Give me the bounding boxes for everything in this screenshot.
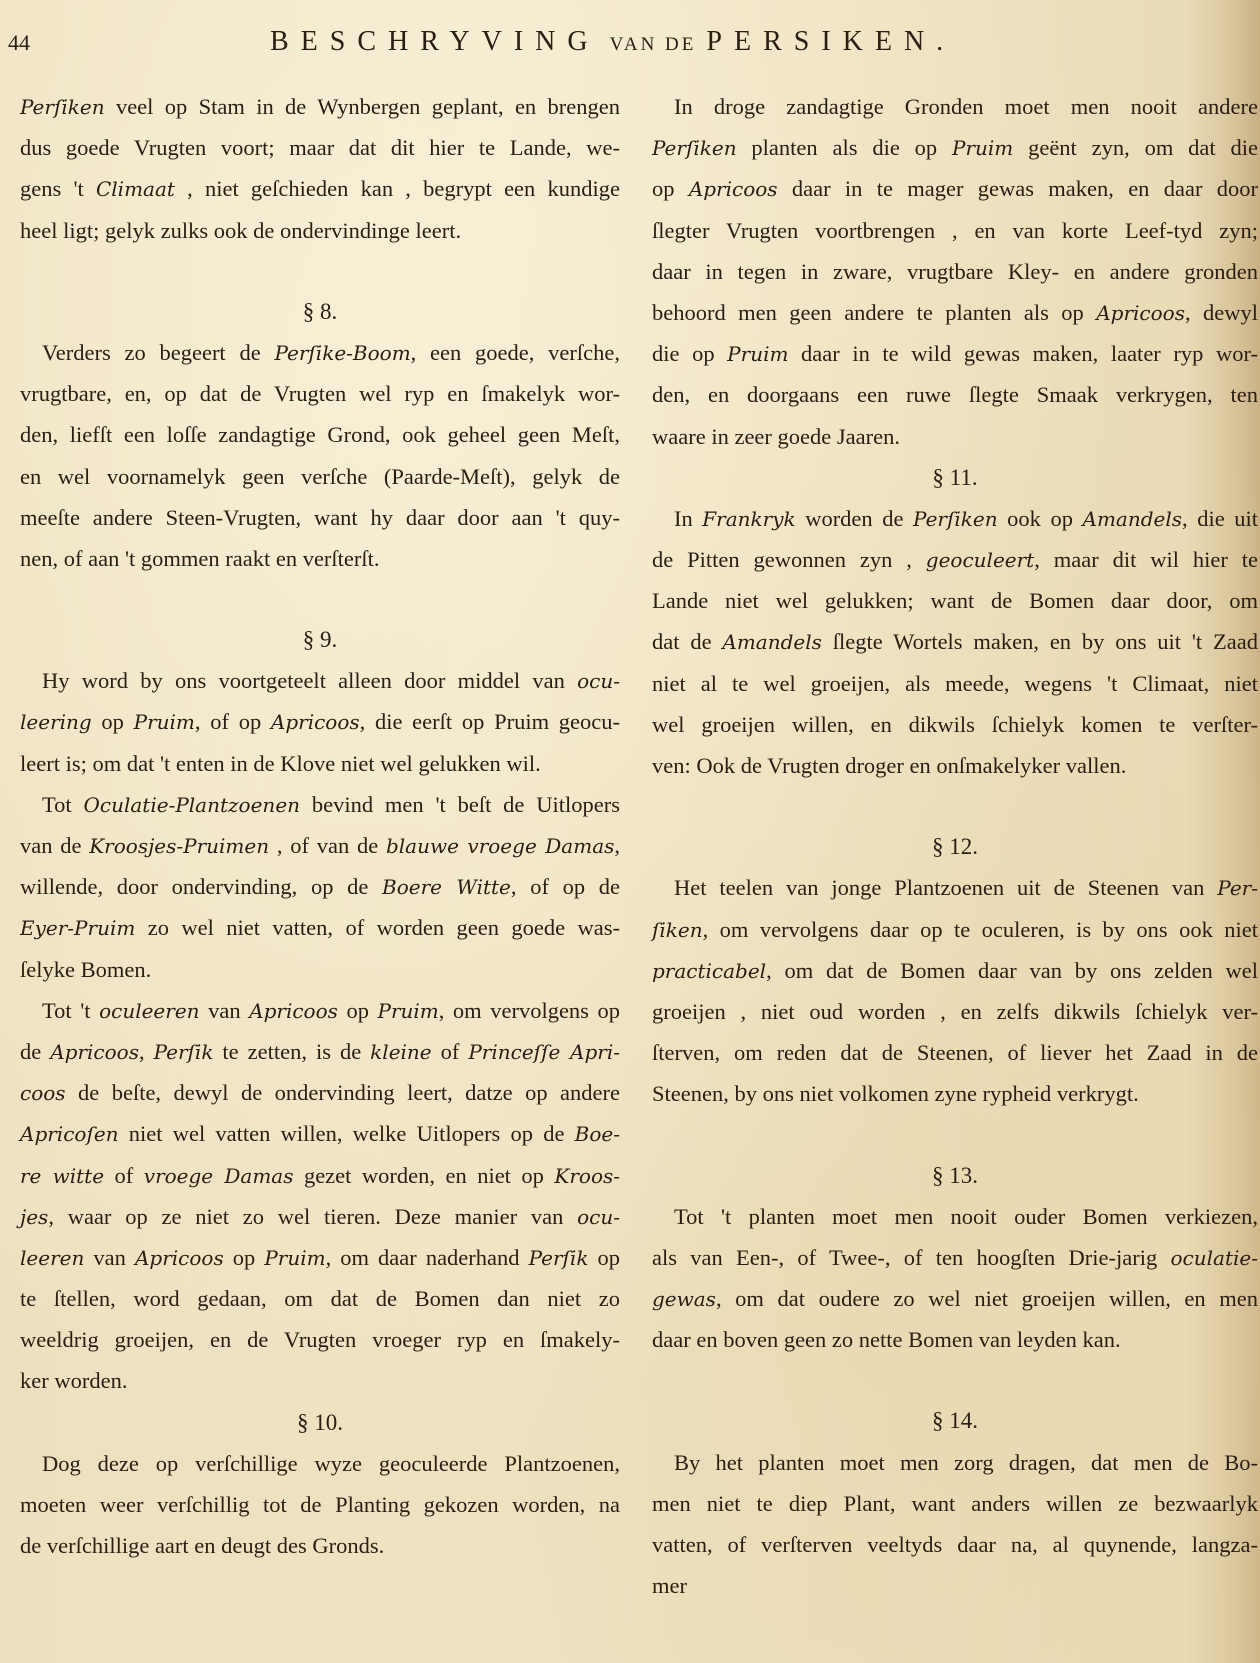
text-run: , om vervolgens op [439, 998, 620, 1023]
italic-term: Oculatie-Plantzoenen [84, 793, 301, 817]
italic-term: leeren [20, 1246, 84, 1270]
text-run: Hy word by ons voortgeteelt alleen door … [42, 668, 577, 693]
text-run: Tot 't planten moet men nooit ouder Bome… [674, 1204, 1258, 1229]
italic-term: Perſiken [913, 507, 998, 531]
text-line: leering op Pruim, of op Apricoos, die ee… [20, 701, 620, 742]
italic-term: Perſik [154, 1040, 214, 1064]
text-line: By het planten moet men zorg dragen, dat… [652, 1442, 1258, 1483]
text-line: heel ligt; gelyk zulks ook de ondervindi… [20, 210, 620, 251]
text-run: te ſtellen, word gedaan, om dat de Bomen… [20, 1286, 620, 1311]
text-line: Apricoſen niet wel vatten willen, welke … [20, 1113, 620, 1154]
section-9-body: Hy word by ons voortgeteelt alleen door … [20, 660, 620, 1401]
text-run: moeten weer verſchillig tot de Planting … [20, 1492, 620, 1517]
text-line: leert is; om dat 't enten in de Klove ni… [20, 743, 620, 784]
italic-term: Princeſſe Apri- [468, 1040, 620, 1064]
text-line: In droge zandagtige Gronden moet men noo… [652, 86, 1258, 127]
italic-term: oculatie- [1171, 1246, 1258, 1270]
text-run: de beſte, dewyl de ondervinding leert, d… [66, 1080, 620, 1105]
text-line: Eyer-Pruim zo wel niet vatten, of worden… [20, 907, 620, 948]
page-number: 44 [8, 30, 30, 56]
spacer [20, 251, 620, 291]
text-line: gens 't Climaat , niet geſchieden kan , … [20, 168, 620, 209]
text-line: ker worden. [20, 1360, 620, 1401]
text-run: Het teelen van jonge Plantzoenen uit de … [674, 875, 1217, 900]
text-run: groeijen , niet oud worden , en zelfs di… [652, 999, 1258, 1024]
text-line: ſelyke Bomen. [20, 949, 620, 990]
spacer [652, 1360, 1258, 1400]
running-title: BESCHRYVINGVAN DEPERSIKEN. [270, 26, 955, 58]
text-run: meeſte andere Steen-Vrugten, want hy daa… [20, 505, 620, 530]
text-run: By het planten moet men zorg dragen, dat… [674, 1450, 1258, 1475]
section-11-body: In Frankryk worden de Perſiken ook op Am… [652, 498, 1258, 786]
italic-term: Pruim [264, 1246, 325, 1270]
italic-term: ocu- [577, 669, 620, 693]
italic-term: kleine [370, 1040, 431, 1064]
section-13-body: Tot 't planten moet men nooit ouder Bome… [652, 1196, 1258, 1361]
italic-term: ſiken [652, 918, 703, 942]
italic-term: Per- [1217, 876, 1258, 900]
text-run: Lande niet wel gelukken; want de Bomen d… [652, 588, 1258, 613]
text-run: ook op [998, 506, 1083, 531]
left-intro: Perſiken veel op Stam in de Wynbergen ge… [20, 86, 620, 251]
italic-term: Apricoos [1096, 301, 1185, 325]
text-run: , om vervolgens daar op te oculeren, is … [703, 917, 1258, 942]
text-line: ſlegter Vrugten voortbrengen , en van ko… [652, 210, 1258, 251]
italic-term: practicabel [652, 959, 766, 983]
text-run: , niet geſchieden kan , begrypt een kund… [175, 176, 620, 201]
text-run: , om daar naderhand [326, 1245, 529, 1270]
italic-term: Amandels [1083, 507, 1183, 531]
italic-term: re witte [20, 1164, 104, 1188]
italic-term: ocu- [577, 1205, 620, 1229]
text-line: daar en boven geen zo nette Bomen van le… [652, 1319, 1258, 1360]
text-run: te zetten, is de [213, 1039, 370, 1064]
italic-term: gewas [652, 1287, 716, 1311]
text-run: dus goede Vrugten voort; maar dat dit hi… [20, 135, 620, 160]
text-run: geënt zyn, om dat die [1013, 135, 1258, 160]
text-run: gezet worden, en niet op [293, 1163, 554, 1188]
text-run: daar in te wild gewas maken, laater ryp … [788, 341, 1258, 366]
text-run: of [432, 1039, 469, 1064]
text-line: de Apricoos, Perſik te zetten, is de kle… [20, 1031, 620, 1072]
italic-term: Boe- [575, 1122, 620, 1146]
text-run: , om dat de Bomen daar van by ons zelden… [766, 958, 1258, 983]
text-line: Verders zo begeert de Perſike-Boom, een … [20, 332, 620, 373]
text-run: planten als die op [737, 135, 952, 160]
text-run: Steenen, by ons niet volkomen zyne ryphe… [652, 1081, 1139, 1106]
text-line: van de Kroosjes-Pruimen , of van de blau… [20, 825, 620, 866]
text-line: Tot 't oculeeren van Apricoos op Pruim, … [20, 990, 620, 1031]
text-run: den, liefſt een loſſe zandagtige Grond, … [20, 422, 620, 447]
section-heading-13: § 13. [652, 1155, 1258, 1196]
text-line: jes, waar op ze niet zo wel tieren. Deze… [20, 1196, 620, 1237]
italic-term: Perſiken [20, 95, 105, 119]
text-line: coos de beſte, dewyl de ondervinding lee… [20, 1072, 620, 1113]
text-run: veel op Stam in de Wynbergen geplant, en… [105, 94, 620, 119]
italic-term: Pruim [727, 342, 788, 366]
text-run: , maar dit wil hier te [1034, 547, 1258, 572]
italic-term: Pruim [377, 999, 438, 1023]
italic-term: Climaat [96, 177, 175, 201]
right-column: In droge zandagtige Gronden moet men noo… [652, 86, 1258, 1606]
left-column: Perſiken veel op Stam in de Wynbergen ge… [20, 86, 620, 1566]
text-run: daar in tegen in zware, vrugtbare Kley- … [652, 259, 1258, 284]
catchword: mer [652, 1565, 1258, 1606]
section-heading-9: § 9. [20, 619, 620, 660]
text-line: te ſtellen, word gedaan, om dat de Bomen… [20, 1278, 620, 1319]
text-line: den, liefſt een loſſe zandagtige Grond, … [20, 414, 620, 455]
italic-term: Kroos- [554, 1164, 620, 1188]
italic-term: Apricoos [50, 1040, 139, 1064]
text-line: ſterven, om reden dat de Steenen, of lie… [652, 1032, 1258, 1073]
italic-term: Pruim [134, 710, 195, 734]
text-run: op [92, 709, 134, 734]
text-line: men niet te diep Plant, want anders will… [652, 1483, 1258, 1524]
text-run: ker worden. [20, 1368, 127, 1393]
italic-term: oculeeren [99, 999, 199, 1023]
running-head: 44 BESCHRYVINGVAN DEPERSIKEN. [0, 24, 1260, 64]
italic-term: Apricoſen [20, 1122, 119, 1146]
italic-term: Kroosjes-Pruimen [89, 834, 269, 858]
italic-term: Apricoos [135, 1246, 224, 1270]
spacer [20, 579, 620, 619]
text-run: men niet te diep Plant, want anders will… [652, 1491, 1258, 1516]
text-run: op [224, 1245, 265, 1270]
running-title-part3: PERSIKEN. [706, 26, 955, 57]
section-14-body: By het planten moet men zorg dragen, dat… [652, 1442, 1258, 1566]
text-line: groeijen , niet oud worden , en zelfs di… [652, 991, 1258, 1032]
text-run: daar in te mager gewas maken, en daar do… [778, 176, 1258, 201]
text-run: daar en boven geen zo nette Bomen van le… [652, 1327, 1121, 1352]
text-run: van [200, 998, 250, 1023]
text-run: waare in zeer goede Jaaren. [652, 424, 900, 449]
text-line: dat de Amandels ſlegte Wortels maken, en… [652, 621, 1258, 662]
text-line: Hy word by ons voortgeteelt alleen door … [20, 660, 620, 701]
text-run: niet al te wel groeijen, als meede, wege… [652, 671, 1258, 696]
text-run: nen, of aan 't gommen raakt en verſterſt… [20, 546, 380, 571]
text-line: re witte of vroege Damas gezet worden, e… [20, 1155, 620, 1196]
text-run: dat de [652, 629, 722, 654]
text-line: de verſchillige aart en deugt des Gronds… [20, 1525, 620, 1566]
italic-term: vroege Damas [144, 1164, 294, 1188]
text-run: , die eerſt op Pruim geocu- [360, 709, 620, 734]
italic-term: blauwe vroege Damas [386, 834, 614, 858]
text-run: Dog deze op verſchillige wyze geoculeerd… [42, 1451, 620, 1476]
text-line: den, en doorgaans een ruwe ſlegte Smaak … [652, 374, 1258, 415]
text-run: , of van de [269, 833, 386, 858]
text-run: , [614, 833, 620, 858]
running-title-part2: VAN DE [610, 34, 697, 55]
text-run: weeldrig groeijen, en de Vrugten vroeger… [20, 1327, 620, 1352]
text-line: moeten weer verſchillig tot de Planting … [20, 1484, 620, 1525]
italic-term: Amandels [722, 630, 822, 654]
right-intro: In droge zandagtige Gronden moet men noo… [652, 86, 1258, 457]
text-run: leert is; om dat 't enten in de Klove ni… [20, 751, 541, 776]
text-run: op [588, 1245, 620, 1270]
text-line: gewas, om dat oudere zo wel niet groeije… [652, 1278, 1258, 1319]
text-line: de Pitten gewonnen zyn , geoculeert, maa… [652, 539, 1258, 580]
text-run: , die uit [1182, 506, 1258, 531]
italic-term: Boere Witte [382, 875, 511, 899]
text-run: worden de [796, 506, 913, 531]
text-run: , om dat oudere zo wel niet groeijen wil… [716, 1286, 1258, 1311]
text-run: en wel voornamelyk geen verſche (Paarde-… [20, 464, 620, 489]
text-run: ſterven, om reden dat de Steenen, of lie… [652, 1040, 1258, 1065]
text-line: Tot Oculatie-Plantzoenen bevind men 't b… [20, 784, 620, 825]
text-line: Steenen, by ons niet volkomen zyne ryphe… [652, 1073, 1258, 1114]
text-run: van [84, 1245, 135, 1270]
text-run: bevind men 't beſt de Uitlopers [300, 792, 620, 817]
text-line: ven: Ook de Vrugten droger en onſmakelyk… [652, 745, 1258, 786]
section-8-body: Verders zo begeert de Perſike-Boom, een … [20, 332, 620, 579]
text-run: willende, door ondervinding, op de [20, 874, 382, 899]
text-run: niet wel vatten willen, welke Uitlopers … [119, 1121, 575, 1146]
text-line: practicabel, om dat de Bomen daar van by… [652, 950, 1258, 991]
text-run: Tot [42, 792, 84, 817]
text-run: , dewyl [1185, 300, 1258, 325]
text-line: Perſiken planten als die op Pruim geënt … [652, 127, 1258, 168]
section-heading-8: § 8. [20, 291, 620, 332]
text-line: vatten, of verſterven veeltyds daar na, … [652, 1524, 1258, 1565]
text-line: op Apricoos daar in te mager gewas maken… [652, 168, 1258, 209]
text-run: gens 't [20, 176, 96, 201]
italic-term: Eyer-Pruim [20, 916, 135, 940]
book-page: 44 BESCHRYVINGVAN DEPERSIKEN. Perſiken v… [0, 0, 1260, 1663]
text-line: wel groeijen willen, en dikwils ſchielyk… [652, 704, 1258, 745]
section-heading-10: § 10. [20, 1402, 620, 1443]
section-heading-11: § 11. [652, 457, 1258, 498]
text-run: de Pitten gewonnen zyn , [652, 547, 926, 572]
text-run: of [104, 1163, 144, 1188]
italic-term: Apricoos [689, 177, 778, 201]
section-10-body: Dog deze op verſchillige wyze geoculeerd… [20, 1443, 620, 1567]
text-run: Verders zo begeert de [42, 340, 274, 365]
text-line: en wel voornamelyk geen verſche (Paarde-… [20, 456, 620, 497]
text-run: den, en doorgaans een ruwe ſlegte Smaak … [652, 382, 1258, 407]
italic-term: coos [20, 1081, 66, 1105]
text-run: , een goede, verſche, [411, 340, 620, 365]
text-line: ſiken, om vervolgens daar op te oculeren… [652, 909, 1258, 950]
spacer [652, 1115, 1258, 1155]
text-run: ſlegter Vrugten voortbrengen , en van ko… [652, 218, 1258, 243]
text-line: daar in tegen in zware, vrugtbare Kley- … [652, 251, 1258, 292]
text-run: In [674, 506, 702, 531]
text-run: als van Een-, of Twee-, of ten hoogſten … [652, 1245, 1171, 1270]
italic-term: Frankryk [702, 507, 795, 531]
italic-term: Apricoos [271, 710, 360, 734]
section-12-body: Het teelen van jonge Plantzoenen uit de … [652, 867, 1258, 1114]
text-line: Perſiken veel op Stam in de Wynbergen ge… [20, 86, 620, 127]
text-line: leeren van Apricoos op Pruim, om daar na… [20, 1237, 620, 1278]
text-line: Dog deze op verſchillige wyze geoculeerd… [20, 1443, 620, 1484]
italic-term: leering [20, 710, 92, 734]
text-line: dus goede Vrugten voort; maar dat dit hi… [20, 127, 620, 168]
text-run: op [338, 998, 378, 1023]
text-run: vrugtbare, en, op dat de Vrugten wel ryp… [20, 381, 620, 406]
italic-term: geoculeert [926, 548, 1034, 572]
text-run: ſlegte Wortels maken, en by ons uit 't Z… [822, 629, 1258, 654]
text-run: die op [652, 341, 727, 366]
text-line: Tot 't planten moet men nooit ouder Bome… [652, 1196, 1258, 1237]
italic-term: Perſik [529, 1246, 589, 1270]
text-run: , waar op ze niet zo wel tieren. Deze ma… [48, 1204, 577, 1229]
spacer [652, 786, 1258, 826]
text-line: weeldrig groeijen, en de Vrugten vroeger… [20, 1319, 620, 1360]
italic-term: Perſiken [652, 136, 737, 160]
text-run: van de [20, 833, 89, 858]
text-run: wel groeijen willen, en dikwils ſchielyk… [652, 712, 1258, 737]
text-run: ſelyke Bomen. [20, 957, 151, 982]
text-line: waare in zeer goede Jaaren. [652, 416, 1258, 457]
text-line: als van Een-, of Twee-, of ten hoogſten … [652, 1237, 1258, 1278]
text-run: heel ligt; gelyk zulks ook de ondervindi… [20, 218, 461, 243]
text-run: , of op de [511, 874, 620, 899]
text-line: nen, of aan 't gommen raakt en verſterſt… [20, 538, 620, 579]
text-line: die op Pruim daar in te wild gewas maken… [652, 333, 1258, 374]
text-run: de [20, 1039, 50, 1064]
text-line: meeſte andere Steen-Vrugten, want hy daa… [20, 497, 620, 538]
text-run: ven: Ook de Vrugten droger en onſmakelyk… [652, 753, 1126, 778]
text-run: zo wel niet vatten, of worden geen goede… [135, 915, 620, 940]
text-run: behoord men geen andere te planten als o… [652, 300, 1096, 325]
italic-term: jes [20, 1205, 48, 1229]
text-line: In Frankryk worden de Perſiken ook op Am… [652, 498, 1258, 539]
text-run: vatten, of verſterven veeltyds daar na, … [652, 1532, 1258, 1557]
running-title-part1: BESCHRYVING [270, 26, 600, 57]
section-heading-14: § 14. [652, 1400, 1258, 1441]
text-line: willende, door ondervinding, op de Boere… [20, 866, 620, 907]
text-line: niet al te wel groeijen, als meede, wege… [652, 663, 1258, 704]
text-run: , of op [195, 709, 271, 734]
italic-term: Apricoos [249, 999, 338, 1023]
text-run: op [652, 176, 689, 201]
text-run: , [139, 1039, 154, 1064]
text-line: Lande niet wel gelukken; want de Bomen d… [652, 580, 1258, 621]
text-line: vrugtbare, en, op dat de Vrugten wel ryp… [20, 373, 620, 414]
text-run: Tot 't [42, 998, 99, 1023]
text-line: Het teelen van jonge Plantzoenen uit de … [652, 867, 1258, 908]
section-heading-12: § 12. [652, 826, 1258, 867]
italic-term: Perſike-Boom [274, 341, 410, 365]
text-run: de verſchillige aart en deugt des Gronds… [20, 1533, 384, 1558]
text-line: behoord men geen andere te planten als o… [652, 292, 1258, 333]
italic-term: Pruim [952, 136, 1013, 160]
text-run: In droge zandagtige Gronden moet men noo… [674, 94, 1258, 119]
